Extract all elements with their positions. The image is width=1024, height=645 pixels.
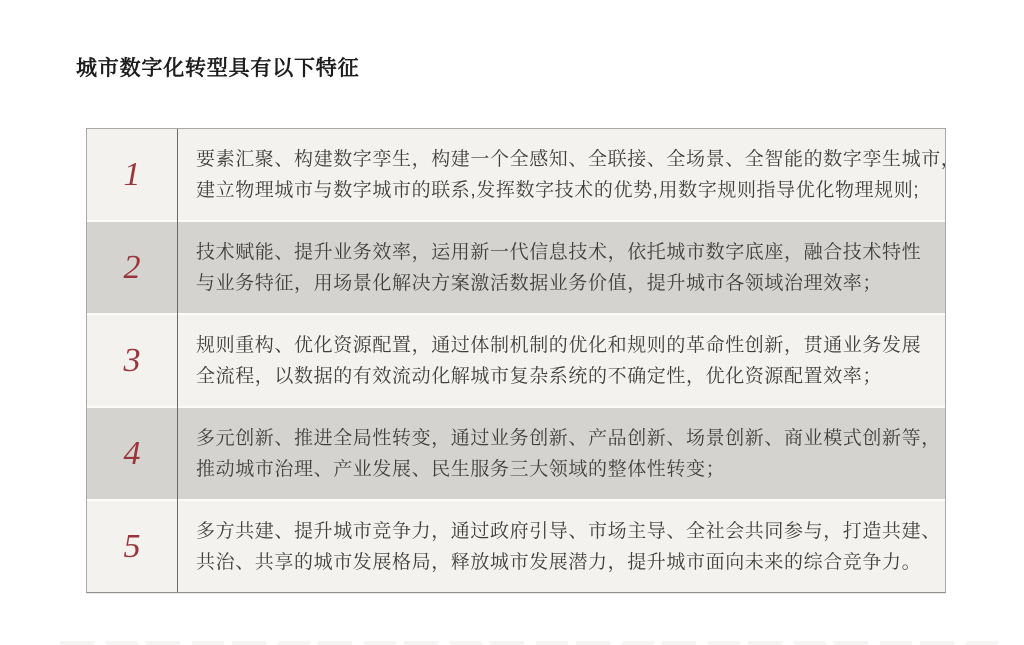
- row-number: 4: [87, 408, 177, 499]
- row-number: 5: [87, 501, 177, 592]
- row-number: 1: [87, 129, 177, 220]
- page-title: 城市数字化转型具有以下特征: [76, 52, 359, 82]
- row-text: 技术赋能、提升业务效率，运用新一代信息技术，依托城市数字底座，融合技术特性 与业…: [196, 237, 921, 299]
- table-row: 4 多元创新、推进全局性转变，通过业务创新、产品创新、场景创新、商业模式创新等，…: [87, 406, 945, 499]
- row-number: 3: [87, 315, 177, 406]
- row-text-cell: 技术赋能、提升业务效率，运用新一代信息技术，依托城市数字底座，融合技术特性 与业…: [177, 222, 945, 313]
- row-text: 规则重构、优化资源配置，通过体制机制的优化和规则的革命性创新，贯通业务发展 全流…: [196, 330, 921, 392]
- row-text-cell: 规则重构、优化资源配置，通过体制机制的优化和规则的革命性创新，贯通业务发展 全流…: [177, 315, 945, 406]
- row-text-cell: 多元创新、推进全局性转变，通过业务创新、产品创新、场景创新、商业模式创新等， 推…: [177, 408, 945, 499]
- row-text: 要素汇聚、构建数字孪生，构建一个全感知、全联接、全场景、全智能的数字孪生城市， …: [196, 144, 945, 206]
- column-divider: [177, 129, 178, 592]
- row-text-cell: 要素汇聚、构建数字孪生，构建一个全感知、全联接、全场景、全智能的数字孪生城市， …: [177, 129, 945, 220]
- page: 城市数字化转型具有以下特征 1 要素汇聚、构建数字孪生，构建一个全感知、全联接、…: [0, 0, 1024, 645]
- row-text: 多方共建、提升城市竞争力，通过政府引导、市场主导、全社会共同参与，打造共建、 共…: [196, 516, 941, 578]
- table-row: 5 多方共建、提升城市竞争力，通过政府引导、市场主导、全社会共同参与，打造共建、…: [87, 499, 945, 592]
- cut-off-content-strip: [60, 641, 1004, 645]
- features-table: 1 要素汇聚、构建数字孪生，构建一个全感知、全联接、全场景、全智能的数字孪生城市…: [86, 128, 946, 593]
- table-row: 2 技术赋能、提升业务效率，运用新一代信息技术，依托城市数字底座，融合技术特性 …: [87, 220, 945, 313]
- table-row: 1 要素汇聚、构建数字孪生，构建一个全感知、全联接、全场景、全智能的数字孪生城市…: [87, 129, 945, 220]
- row-text: 多元创新、推进全局性转变，通过业务创新、产品创新、场景创新、商业模式创新等， 推…: [196, 423, 941, 485]
- row-number: 2: [87, 222, 177, 313]
- row-text-cell: 多方共建、提升城市竞争力，通过政府引导、市场主导、全社会共同参与，打造共建、 共…: [177, 501, 945, 592]
- table-row: 3 规则重构、优化资源配置，通过体制机制的优化和规则的革命性创新，贯通业务发展 …: [87, 313, 945, 406]
